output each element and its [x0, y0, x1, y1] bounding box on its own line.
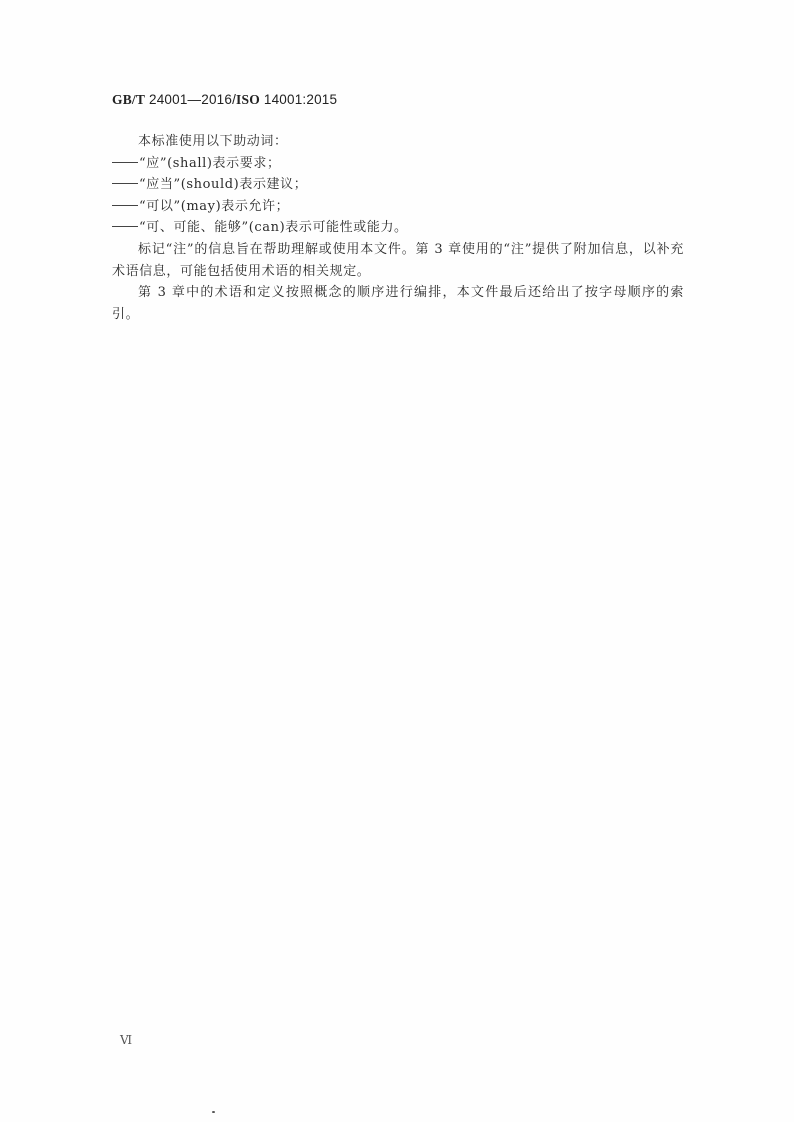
header-code-iso: ISO [236, 92, 260, 107]
em-dash-bullet [112, 226, 138, 227]
auxiliary-verb-item: “可、可能、能够”(can)表示可能性或能力。 [112, 217, 684, 239]
standard-header: GB/T 24001—2016/ISO 14001:2015 [112, 92, 337, 108]
auxiliary-verb-text: “可以”(may)表示允许； [139, 199, 289, 214]
document-page: GB/T 24001—2016/ISO 14001:2015 本标准使用以下助动… [0, 0, 794, 1122]
auxiliary-verb-text: “应当”(should)表示建议； [139, 177, 307, 192]
page-number: Ⅵ [120, 1033, 132, 1048]
em-dash-bullet [112, 183, 138, 184]
terms-order-paragraph: 第 3 章中的术语和定义按照概念的顺序进行编排，本文件最后还给出了按字母顺序的索… [112, 282, 684, 325]
em-dash-bullet [112, 162, 138, 163]
auxiliary-verb-item: “应”(shall)表示要求； [112, 153, 684, 175]
document-body: 本标准使用以下助动词： “应”(shall)表示要求； “应当”(should)… [112, 131, 684, 325]
header-code-gbt: GB/T [112, 92, 145, 107]
auxiliary-verb-text: “应”(shall)表示要求； [139, 156, 281, 171]
em-dash-bullet [112, 205, 138, 206]
header-code-number: 24001—2016/ [145, 92, 236, 107]
intro-line: 本标准使用以下助动词： [112, 131, 684, 153]
scan-speck [212, 1111, 215, 1113]
auxiliary-verb-text: “可、可能、能够”(can)表示可能性或能力。 [139, 220, 408, 235]
auxiliary-verb-item: “应当”(should)表示建议； [112, 174, 684, 196]
header-code-iso-number: 14001:2015 [260, 92, 337, 107]
note-paragraph: 标记“注”的信息旨在帮助理解或使用本文件。第 3 章使用的“注”提供了附加信息，… [112, 239, 684, 282]
auxiliary-verb-item: “可以”(may)表示允许； [112, 196, 684, 218]
